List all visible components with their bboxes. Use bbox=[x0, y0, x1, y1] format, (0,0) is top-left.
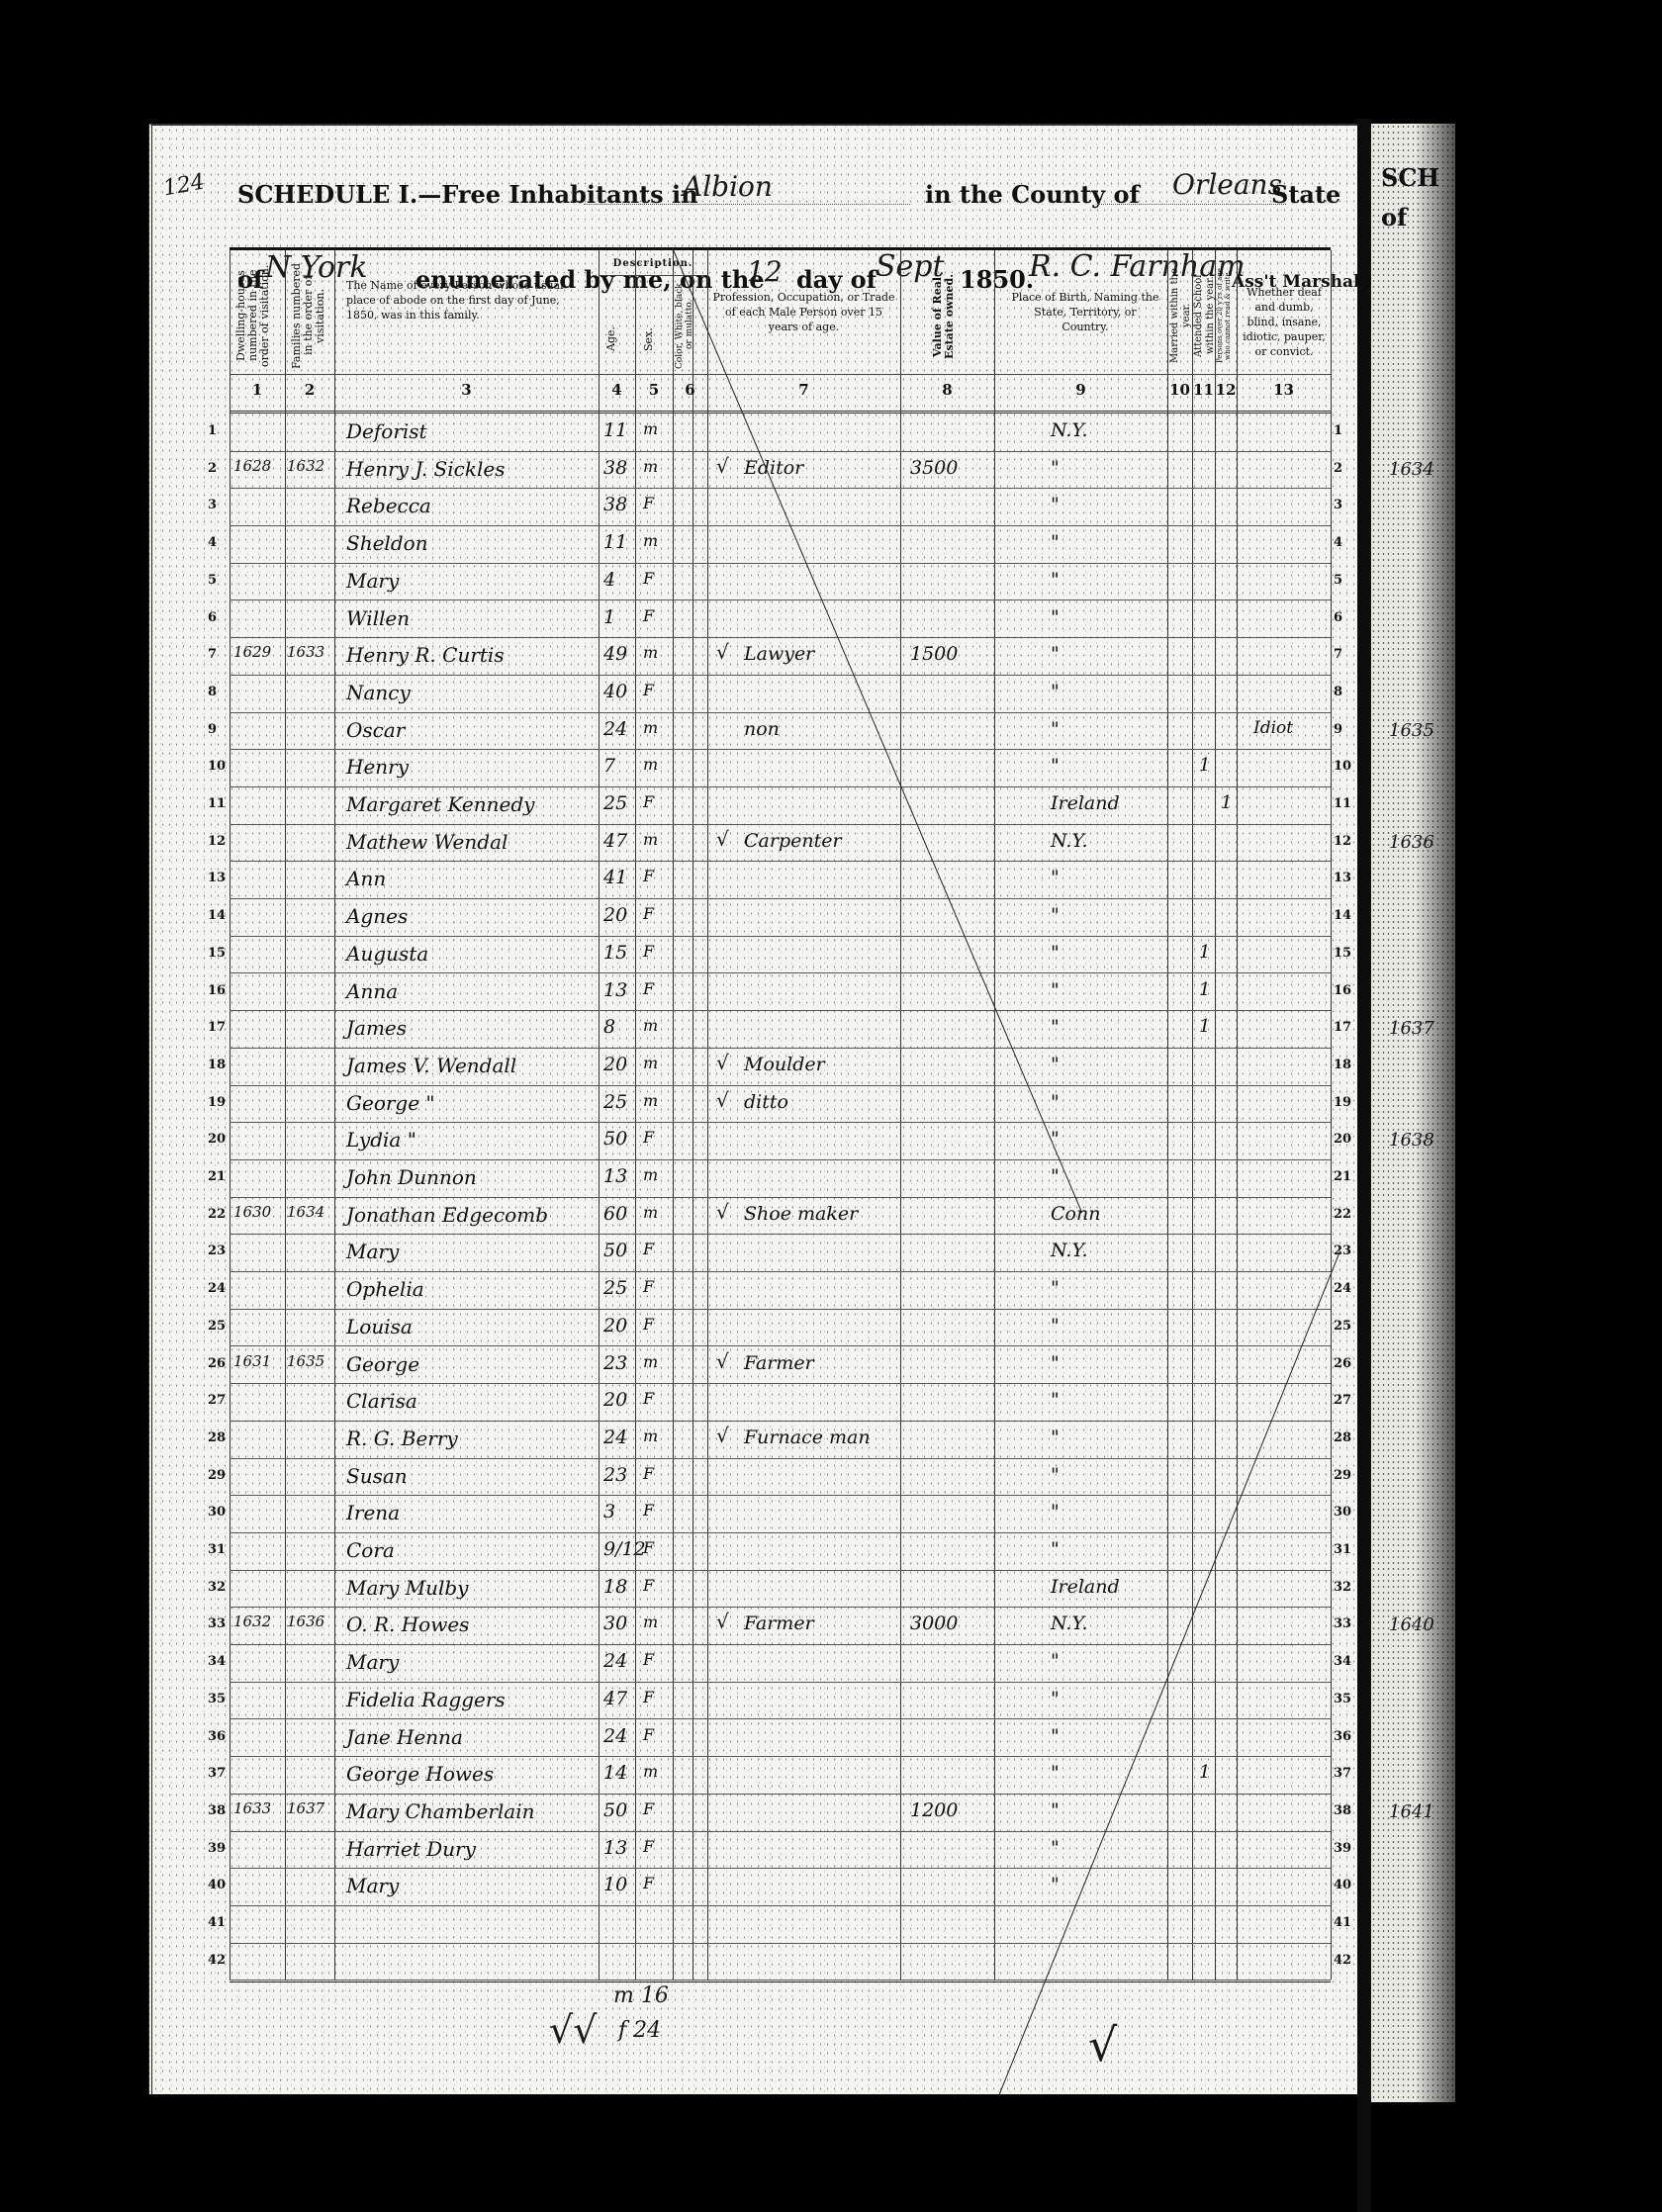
line-number: 6 bbox=[208, 610, 217, 625]
cell-age: 8 bbox=[603, 1016, 615, 1038]
line-number-right: 6 bbox=[1334, 610, 1342, 625]
cell-sex: F bbox=[643, 1389, 654, 1408]
cell-birthplace: " bbox=[1051, 1501, 1060, 1522]
cell-age: 20 bbox=[603, 1054, 627, 1075]
table-row: Agnes20F" bbox=[230, 898, 1331, 937]
table-row: 16321636O. R. Howes30mFarmer3000N.Y.√ bbox=[230, 1607, 1331, 1645]
cell-name: Mary Chamberlain bbox=[346, 1799, 535, 1823]
cell-age: 60 bbox=[603, 1203, 627, 1225]
page-shadow bbox=[1415, 124, 1464, 2102]
cell-age: 24 bbox=[603, 1650, 627, 1672]
cell-birthplace: " bbox=[1051, 569, 1060, 591]
line-number: 19 bbox=[208, 1095, 226, 1110]
cell-age: 24 bbox=[603, 1427, 627, 1448]
table-row: Mary24F" bbox=[230, 1644, 1331, 1683]
table-row: Clarisa20F" bbox=[230, 1383, 1331, 1422]
table-row: 16281632Henry J. Sickles38mEditor3500"√ bbox=[230, 451, 1331, 490]
cell-birthplace: " bbox=[1051, 979, 1060, 1001]
line-number-right: 39 bbox=[1334, 1841, 1351, 1856]
cell-sex: m bbox=[643, 1203, 658, 1222]
cell-sex: F bbox=[643, 792, 654, 811]
col-header-married: Married within the year. bbox=[1169, 260, 1191, 371]
cell-occupation: Carpenter bbox=[744, 830, 842, 852]
cell-age: 23 bbox=[603, 1464, 627, 1486]
cell-sex: F bbox=[643, 1315, 654, 1334]
adjacent-page-of-label: of bbox=[1381, 203, 1407, 231]
table-row: Mary50FN.Y. bbox=[230, 1234, 1331, 1272]
line-number-right: 21 bbox=[1334, 1169, 1351, 1184]
cell-sex: m bbox=[643, 1165, 658, 1184]
line-number: 21 bbox=[208, 1169, 226, 1184]
line-number: 33 bbox=[208, 1616, 226, 1631]
cell-name: Sheldon bbox=[346, 531, 428, 555]
line-number-right: 2 bbox=[1334, 461, 1342, 476]
col-number-13: 13 bbox=[1237, 381, 1331, 399]
cell-age: 20 bbox=[603, 1389, 627, 1411]
col-header-description-group: Description. bbox=[599, 256, 707, 271]
cell-sex: F bbox=[643, 606, 654, 625]
cell-sex: F bbox=[643, 942, 654, 961]
col-number-5: 5 bbox=[635, 381, 673, 399]
col-number-2: 2 bbox=[285, 381, 334, 399]
cell-name: Louisa bbox=[346, 1315, 413, 1338]
table-row: Margaret Kennedy25FIreland1 bbox=[230, 786, 1331, 825]
cell-name: Rebecca bbox=[346, 494, 431, 517]
cell-birthplace: " bbox=[1051, 867, 1060, 888]
cell-occupation: Editor bbox=[744, 457, 803, 479]
cell-birthplace: " bbox=[1051, 1874, 1060, 1895]
cell-name: Mary bbox=[346, 1240, 399, 1263]
line-number-right: 40 bbox=[1334, 1878, 1351, 1892]
cell-occupation: non bbox=[744, 718, 780, 740]
cell-age: 30 bbox=[603, 1613, 627, 1634]
cell-sex: m bbox=[643, 1091, 658, 1110]
cell-sex: F bbox=[643, 681, 654, 699]
table-row bbox=[230, 1943, 1331, 1982]
line-number-right: 4 bbox=[1334, 535, 1342, 550]
cell-name: Deforist bbox=[346, 419, 427, 443]
cell-dwelling: 1631 bbox=[233, 1352, 271, 1370]
cell-birthplace: " bbox=[1051, 1464, 1060, 1486]
cell-birthplace: " bbox=[1051, 531, 1060, 553]
cell-school: 1 bbox=[1199, 1016, 1210, 1037]
cell-birthplace: " bbox=[1051, 1091, 1060, 1113]
cell-age: 10 bbox=[603, 1874, 627, 1895]
line-number: 3 bbox=[208, 498, 217, 512]
line-number: 31 bbox=[208, 1542, 226, 1557]
line-number-right: 27 bbox=[1334, 1393, 1351, 1408]
cell-birthplace: Ireland bbox=[1051, 1576, 1120, 1598]
col-header-name: The Name of every Person whose usual pla… bbox=[346, 278, 589, 323]
tally-female-count: f 24 bbox=[618, 2018, 661, 2043]
cell-age: 20 bbox=[603, 904, 627, 926]
cell-occupation: Shoe maker bbox=[744, 1203, 858, 1225]
cell-age: 25 bbox=[603, 792, 627, 814]
cell-age: 38 bbox=[603, 457, 627, 479]
line-number: 15 bbox=[208, 946, 226, 961]
cell-sex: m bbox=[643, 1613, 658, 1631]
table-row: Deforist11mN.Y. bbox=[230, 414, 1331, 452]
cell-age: 24 bbox=[603, 718, 627, 740]
line-number: 10 bbox=[208, 759, 226, 774]
col-header-occupation: Profession, Occupation, or Trade of each… bbox=[712, 290, 895, 334]
cell-sex: F bbox=[643, 1277, 654, 1296]
cell-age: 13 bbox=[603, 979, 627, 1001]
cell-birthplace: " bbox=[1051, 681, 1060, 702]
line-number-right: 12 bbox=[1334, 834, 1351, 849]
line-number-right: 37 bbox=[1334, 1766, 1351, 1781]
col-number-12: 12 bbox=[1215, 381, 1237, 399]
occupation-check-icon: √ bbox=[716, 454, 729, 478]
col-header-age: Age. bbox=[605, 310, 629, 369]
cell-age: 20 bbox=[603, 1315, 627, 1336]
cell-sex: F bbox=[643, 1688, 654, 1706]
cell-sex: m bbox=[643, 531, 658, 550]
table-row: Susan23F" bbox=[230, 1458, 1331, 1497]
cell-sex: F bbox=[643, 1725, 654, 1744]
cell-name: Agnes bbox=[346, 904, 408, 928]
cell-name: Henry J. Sickles bbox=[346, 457, 505, 481]
table-row: Augusta15F"1 bbox=[230, 936, 1331, 974]
line-number-right: 1 bbox=[1334, 423, 1342, 438]
line-number: 16 bbox=[208, 983, 226, 998]
cell-birthplace: " bbox=[1051, 1427, 1060, 1448]
line-number: 20 bbox=[208, 1132, 226, 1147]
line-number-right: 26 bbox=[1334, 1356, 1351, 1371]
line-number-right: 7 bbox=[1334, 647, 1342, 662]
cell-birthplace: " bbox=[1051, 1688, 1060, 1709]
cell-sex: F bbox=[643, 1464, 654, 1483]
occupation-check-icon: √ bbox=[716, 827, 729, 851]
line-number: 41 bbox=[208, 1915, 226, 1930]
line-number: 8 bbox=[208, 685, 217, 699]
line-number-right: 19 bbox=[1334, 1095, 1351, 1110]
occupation-check-icon: √ bbox=[716, 1424, 729, 1447]
cell-name: Willen bbox=[346, 606, 410, 630]
cell-occupation: Farmer bbox=[744, 1352, 814, 1374]
cell-name: Augusta bbox=[346, 942, 428, 966]
line-number: 24 bbox=[208, 1281, 226, 1296]
cell-age: 23 bbox=[603, 1352, 627, 1374]
line-number: 26 bbox=[208, 1356, 226, 1371]
line-number-right: 3 bbox=[1334, 498, 1342, 512]
line-number-right: 34 bbox=[1334, 1654, 1351, 1669]
cell-birthplace: " bbox=[1051, 755, 1060, 777]
line-number-right: 18 bbox=[1334, 1058, 1351, 1072]
cell-sex: F bbox=[643, 1538, 654, 1557]
cell-sex: F bbox=[643, 1240, 654, 1258]
col-number-1: 1 bbox=[230, 381, 285, 399]
table-row: George "25mditto"√ bbox=[230, 1085, 1331, 1124]
cell-sex: F bbox=[643, 569, 654, 588]
cell-age: 13 bbox=[603, 1165, 627, 1187]
line-number-right: 35 bbox=[1334, 1692, 1351, 1706]
cell-age: 25 bbox=[603, 1091, 627, 1113]
col-number-6: 6 bbox=[673, 381, 707, 399]
cell-sex: F bbox=[643, 1874, 654, 1892]
cell-name: Harriet Dury bbox=[346, 1837, 476, 1861]
line-number-right: 20 bbox=[1334, 1132, 1351, 1147]
cell-age: 24 bbox=[603, 1725, 627, 1747]
town-value: Albion bbox=[683, 170, 773, 203]
cell-sex: m bbox=[643, 755, 658, 774]
cell-birthplace: " bbox=[1051, 1277, 1060, 1299]
line-number-right: 14 bbox=[1334, 908, 1351, 923]
state-label: State bbox=[1271, 180, 1340, 209]
table-row: Louisa20F" bbox=[230, 1309, 1331, 1347]
cell-sex: m bbox=[643, 1427, 658, 1445]
line-number: 27 bbox=[208, 1393, 226, 1408]
table-row: Mary10F" bbox=[230, 1868, 1331, 1906]
cell-name: Fidelia Raggers bbox=[346, 1688, 506, 1711]
line-number-right: 30 bbox=[1334, 1505, 1351, 1520]
cell-occupation: Furnace man bbox=[744, 1427, 871, 1448]
table-row: Rebecca38F" bbox=[230, 488, 1331, 526]
cell-name: James V. Wendall bbox=[346, 1054, 516, 1077]
table-row: George Howes14m"1 bbox=[230, 1756, 1331, 1795]
cell-sex: F bbox=[643, 979, 654, 998]
line-number: 12 bbox=[208, 834, 226, 849]
line-number-right: 41 bbox=[1334, 1915, 1351, 1930]
cell-name: Anna bbox=[346, 979, 398, 1003]
occupation-check-icon: √ bbox=[716, 1051, 729, 1074]
cell-school: 1 bbox=[1199, 979, 1210, 1000]
cell-occupation: Moulder bbox=[744, 1054, 825, 1075]
line-number-right: 16 bbox=[1334, 983, 1351, 998]
col-header-color: Color, White, black, or mulatto. bbox=[675, 280, 704, 369]
line-number-right: 33 bbox=[1334, 1616, 1351, 1631]
line-number-right: 15 bbox=[1334, 946, 1351, 961]
cell-name: Margaret Kennedy bbox=[346, 792, 534, 816]
town-field-line bbox=[584, 204, 910, 205]
cell-sex: m bbox=[643, 457, 658, 476]
cell-birthplace: " bbox=[1051, 1315, 1060, 1336]
cell-birthplace: " bbox=[1051, 718, 1060, 740]
line-number-right: 25 bbox=[1334, 1319, 1351, 1334]
cell-sex: F bbox=[643, 1501, 654, 1520]
cell-birthplace: " bbox=[1051, 1128, 1060, 1150]
line-number-right: 42 bbox=[1334, 1953, 1351, 1968]
cell-birthplace: N.Y. bbox=[1051, 419, 1088, 441]
line-number-right: 22 bbox=[1334, 1207, 1351, 1222]
col-number-7: 7 bbox=[707, 381, 900, 399]
line-number: 38 bbox=[208, 1803, 226, 1818]
table-row: 16291633Henry R. Curtis49mLawyer1500"√ bbox=[230, 637, 1331, 676]
cell-name: Henry bbox=[346, 755, 409, 779]
cell-sex: m bbox=[643, 830, 658, 849]
col-header-real-estate: Value of Real Estate owned. bbox=[932, 262, 964, 371]
cell-birthplace: N.Y. bbox=[1051, 1240, 1088, 1261]
line-number: 5 bbox=[208, 573, 217, 588]
cell-birthplace: " bbox=[1051, 1389, 1060, 1411]
table-row: Henry7m"1 bbox=[230, 749, 1331, 787]
line-number: 28 bbox=[208, 1430, 226, 1445]
cell-age: 49 bbox=[603, 643, 627, 665]
cell-family: 1632 bbox=[287, 457, 324, 475]
col-number-4: 4 bbox=[599, 381, 635, 399]
cell-birthplace: " bbox=[1051, 1054, 1060, 1075]
cell-sex: m bbox=[643, 419, 658, 438]
table-row: James V. Wendall20mMoulder"√ bbox=[230, 1048, 1331, 1086]
line-number-right: 28 bbox=[1334, 1430, 1351, 1445]
cell-illiterate: 1 bbox=[1221, 792, 1232, 813]
line-number: 14 bbox=[208, 908, 226, 923]
table-row: Nancy40F" bbox=[230, 675, 1331, 713]
cell-dwelling: 1630 bbox=[233, 1203, 271, 1221]
cell-name: Mary bbox=[346, 569, 399, 593]
cell-age: 11 bbox=[603, 531, 627, 553]
cell-name: James bbox=[346, 1016, 407, 1040]
line-number-right: 11 bbox=[1334, 796, 1351, 811]
cell-name: Mary Mulby bbox=[346, 1576, 468, 1600]
table-row bbox=[230, 1905, 1331, 1944]
line-number: 35 bbox=[208, 1692, 226, 1706]
cell-birthplace: " bbox=[1051, 457, 1060, 479]
table-row: Anna13F"1 bbox=[230, 973, 1331, 1012]
cell-name: Mathew Wendal bbox=[346, 830, 508, 854]
cell-name: Susan bbox=[346, 1464, 408, 1488]
line-number: 29 bbox=[208, 1468, 226, 1483]
cell-sex: F bbox=[643, 1799, 654, 1818]
cell-sex: m bbox=[643, 1762, 658, 1781]
col-number-3: 3 bbox=[334, 381, 599, 399]
line-number: 4 bbox=[208, 535, 217, 550]
cell-sex: F bbox=[643, 867, 654, 885]
cell-birthplace: " bbox=[1051, 606, 1060, 628]
county-field-line bbox=[1098, 204, 1286, 205]
cell-real-estate: 1200 bbox=[910, 1799, 958, 1821]
cell-sex: m bbox=[643, 643, 658, 662]
col-header-birthplace: Place of Birth, Naming the State, Territ… bbox=[1011, 290, 1159, 334]
cell-school: 1 bbox=[1199, 755, 1210, 776]
cell-age: 47 bbox=[603, 1688, 627, 1709]
cell-name: Lydia " bbox=[346, 1128, 416, 1152]
tally-male-count: m 16 bbox=[613, 1983, 669, 2008]
county-value: Orleans bbox=[1172, 168, 1282, 201]
line-number: 37 bbox=[208, 1766, 226, 1781]
cell-age: 7 bbox=[603, 755, 615, 777]
col-header-dwelling: Dwelling-houses numbered in the order of… bbox=[235, 260, 279, 371]
line-number: 17 bbox=[208, 1020, 226, 1035]
table-row: Mary Mulby18FIreland bbox=[230, 1570, 1331, 1609]
cell-birthplace: N.Y. bbox=[1051, 1613, 1088, 1634]
cell-sex: F bbox=[643, 1650, 654, 1669]
table-row: Willen1F" bbox=[230, 600, 1331, 639]
cell-age: 1 bbox=[603, 606, 615, 628]
cell-birthplace: Conn bbox=[1051, 1203, 1100, 1225]
line-number-right: 38 bbox=[1334, 1803, 1351, 1818]
cell-birthplace: N.Y. bbox=[1051, 830, 1088, 852]
line-number: 32 bbox=[208, 1580, 226, 1595]
cell-birthplace: " bbox=[1051, 494, 1060, 515]
table-row: 16311635George23mFarmer"√ bbox=[230, 1346, 1331, 1385]
occupation-check-icon: √ bbox=[716, 1088, 729, 1112]
cell-age: 40 bbox=[603, 681, 627, 702]
table-row: Irena3F" bbox=[230, 1495, 1331, 1533]
cell-sex: m bbox=[643, 1054, 658, 1072]
cell-dwelling: 1628 bbox=[233, 457, 271, 475]
cell-age: 50 bbox=[603, 1799, 627, 1821]
cell-sex: F bbox=[643, 1576, 654, 1595]
cell-name: George bbox=[346, 1352, 419, 1376]
line-number: 7 bbox=[208, 647, 217, 662]
col-header-sex: Sex. bbox=[643, 310, 667, 369]
table-row: Ophelia25F" bbox=[230, 1271, 1331, 1310]
cell-name: Henry R. Curtis bbox=[346, 643, 505, 667]
cell-name: Jonathan Edgecomb bbox=[346, 1203, 548, 1227]
line-number-right: 17 bbox=[1334, 1020, 1351, 1035]
table-row: Jane Henna24F" bbox=[230, 1719, 1331, 1758]
cell-condition: Idiot bbox=[1253, 718, 1293, 738]
table-row: Mathew Wendal47mCarpenterN.Y.√ bbox=[230, 824, 1331, 863]
cell-name: George " bbox=[346, 1091, 435, 1115]
col-number-9: 9 bbox=[994, 381, 1167, 399]
cell-occupation: ditto bbox=[744, 1091, 788, 1113]
cell-family: 1636 bbox=[287, 1613, 324, 1630]
table-row: Harriet Dury13F" bbox=[230, 1831, 1331, 1870]
line-number-right: 9 bbox=[1334, 722, 1342, 737]
cell-name: Cora bbox=[346, 1538, 395, 1562]
line-number: 25 bbox=[208, 1319, 226, 1334]
cell-age: 41 bbox=[603, 867, 627, 888]
cell-sex: F bbox=[643, 1837, 654, 1856]
cell-family: 1633 bbox=[287, 643, 324, 661]
line-number-right: 36 bbox=[1334, 1729, 1351, 1744]
line-number-right: 5 bbox=[1334, 573, 1342, 588]
line-number: 23 bbox=[208, 1244, 226, 1258]
cell-age: 9/12 bbox=[603, 1538, 646, 1560]
table-row: John Dunnon13m" bbox=[230, 1159, 1331, 1198]
tally-checkmarks: √√ bbox=[549, 2008, 597, 2052]
table-row: Ann41F" bbox=[230, 861, 1331, 899]
census-table: Dwelling-houses numbered in the order of… bbox=[230, 247, 1331, 1982]
cell-birthplace: " bbox=[1051, 1165, 1060, 1187]
table-row: Sheldon11m" bbox=[230, 525, 1331, 564]
cell-occupation: Lawyer bbox=[744, 643, 814, 665]
table-row: Cora9/12F" bbox=[230, 1532, 1331, 1571]
occupation-check-icon: √ bbox=[716, 1610, 729, 1633]
cell-birthplace: " bbox=[1051, 643, 1060, 665]
line-number: 40 bbox=[208, 1878, 226, 1892]
cell-name: George Howes bbox=[346, 1762, 494, 1786]
line-number-right: 8 bbox=[1334, 685, 1342, 699]
cell-sex: m bbox=[643, 1352, 658, 1371]
col-number-11: 11 bbox=[1192, 381, 1215, 399]
table-row: Lydia "50F" bbox=[230, 1122, 1331, 1160]
col-header-school: Attended School within the year. bbox=[1193, 260, 1215, 371]
cell-family: 1634 bbox=[287, 1203, 324, 1221]
col-header-family: Families numbered in the order of visita… bbox=[291, 260, 330, 371]
line-number: 42 bbox=[208, 1953, 226, 1968]
table-row: 16331637Mary Chamberlain50F1200" bbox=[230, 1794, 1331, 1832]
cell-real-estate: 1500 bbox=[910, 643, 958, 665]
cell-birthplace: " bbox=[1051, 1538, 1060, 1560]
cell-age: 11 bbox=[603, 419, 627, 441]
cell-name: Jane Henna bbox=[346, 1725, 463, 1749]
cell-age: 25 bbox=[603, 1277, 627, 1299]
cell-school: 1 bbox=[1199, 1762, 1210, 1783]
table-row: R. G. Berry24mFurnace man"√ bbox=[230, 1421, 1331, 1459]
cell-name: John Dunnon bbox=[346, 1165, 477, 1189]
cell-name: Nancy bbox=[346, 681, 411, 704]
line-number-right: 32 bbox=[1334, 1580, 1351, 1595]
cell-birthplace: " bbox=[1051, 904, 1060, 926]
line-number: 30 bbox=[208, 1505, 226, 1520]
bottom-checkmark: √ bbox=[1088, 2018, 1117, 2072]
cell-real-estate: 3000 bbox=[910, 1613, 958, 1634]
cell-birthplace: " bbox=[1051, 1837, 1060, 1859]
table-row: James8m"1 bbox=[230, 1010, 1331, 1049]
